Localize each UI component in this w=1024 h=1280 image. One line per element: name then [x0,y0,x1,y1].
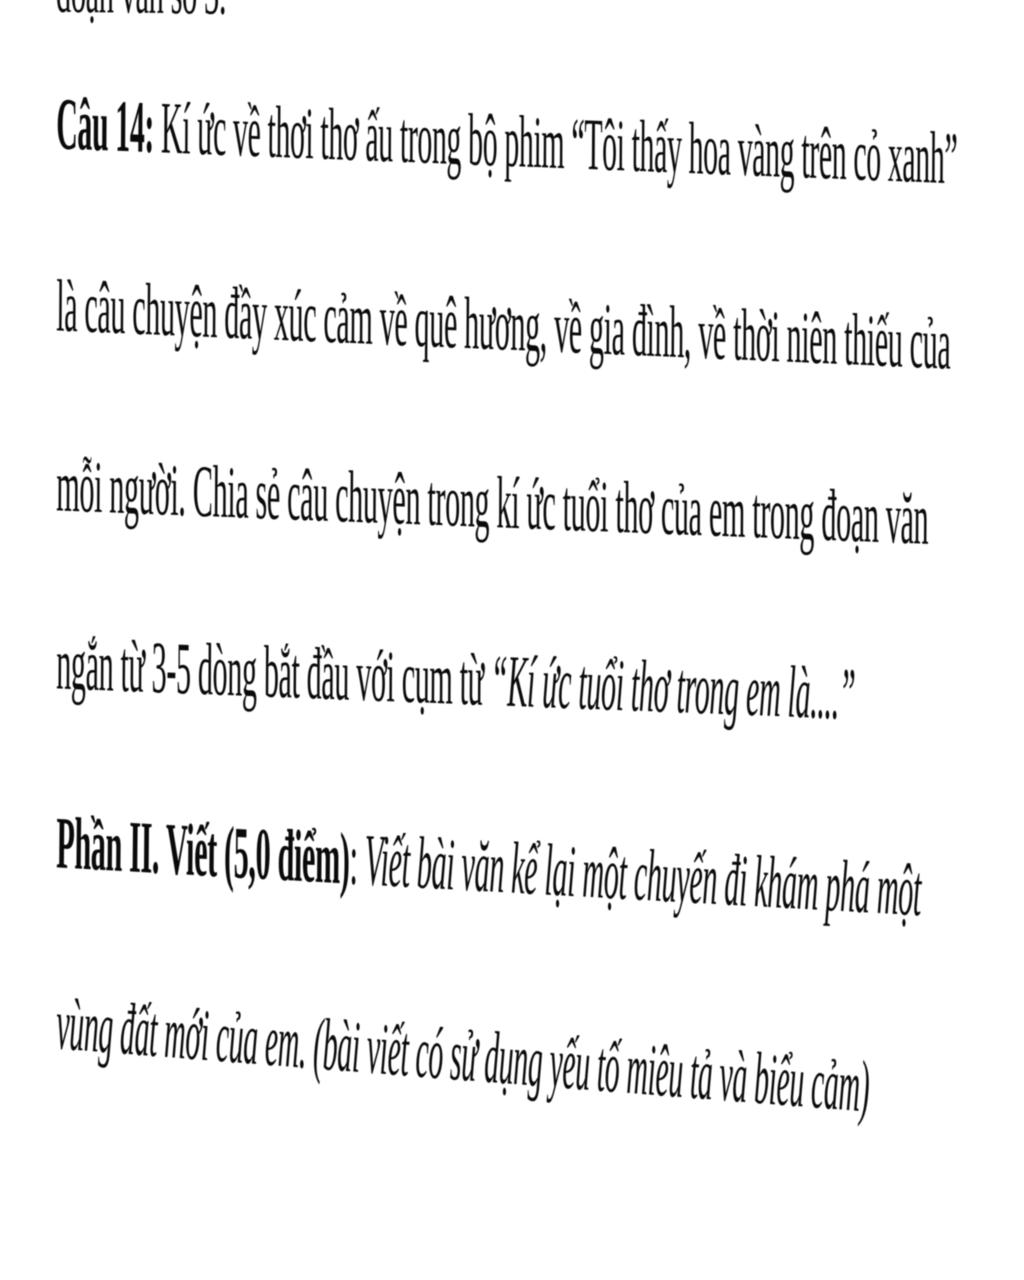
section-heading: Phần II. Viết (5,0 điểm) [56,803,350,901]
question-14-line-3: mỗi người. Chia sẻ câu chuyện trong kí ứ… [56,450,929,558]
text-segment: đoạn văn số 3. [56,0,226,29]
question-14-line-1: Câu 14: Kí ức về thơi thơ ấu trong bộ ph… [56,88,958,197]
question-14-line-4: ngắn từ 3-5 dòng bắt đầu với cụm từ “Kí … [56,628,856,733]
question-text: là câu chuyện đầy xúc cảm về quê hương, … [56,266,951,386]
quoted-prompt: “Kí ức tuổi thơ trong em là....” [491,641,856,737]
question-text: Kí ức về thơi thơ ấu trong bộ phim “Tôi … [154,88,958,201]
document-page: đoạn văn số 3. Câu 14: Kí ức về thơi thơ… [0,0,1024,1280]
text-line-previous-question-tail: đoạn văn số 3. [56,0,226,26]
heading-colon: : [349,819,365,902]
writing-prompt: Viết bài văn kể lại một chuyến đi khám p… [364,820,921,933]
question-text: ngắn từ 3-5 dòng bắt đầu với cụm từ [56,624,491,723]
question-text: mỗi người. Chia sẻ câu chuyện trong kí ứ… [56,446,929,561]
part-2-heading-line: Phần II. Viết (5,0 điểm): Viết bài văn k… [56,807,921,929]
question-14-line-2: là câu chuyện đầy xúc cảm về quê hương, … [56,270,951,382]
part-2-prompt-line-2: vùng đất mới của em. (bài viết có sử dụn… [56,988,870,1125]
writing-prompt: vùng đất mới của em. (bài viết có sử dụn… [56,984,870,1129]
question-label: Câu 14: [56,84,154,170]
